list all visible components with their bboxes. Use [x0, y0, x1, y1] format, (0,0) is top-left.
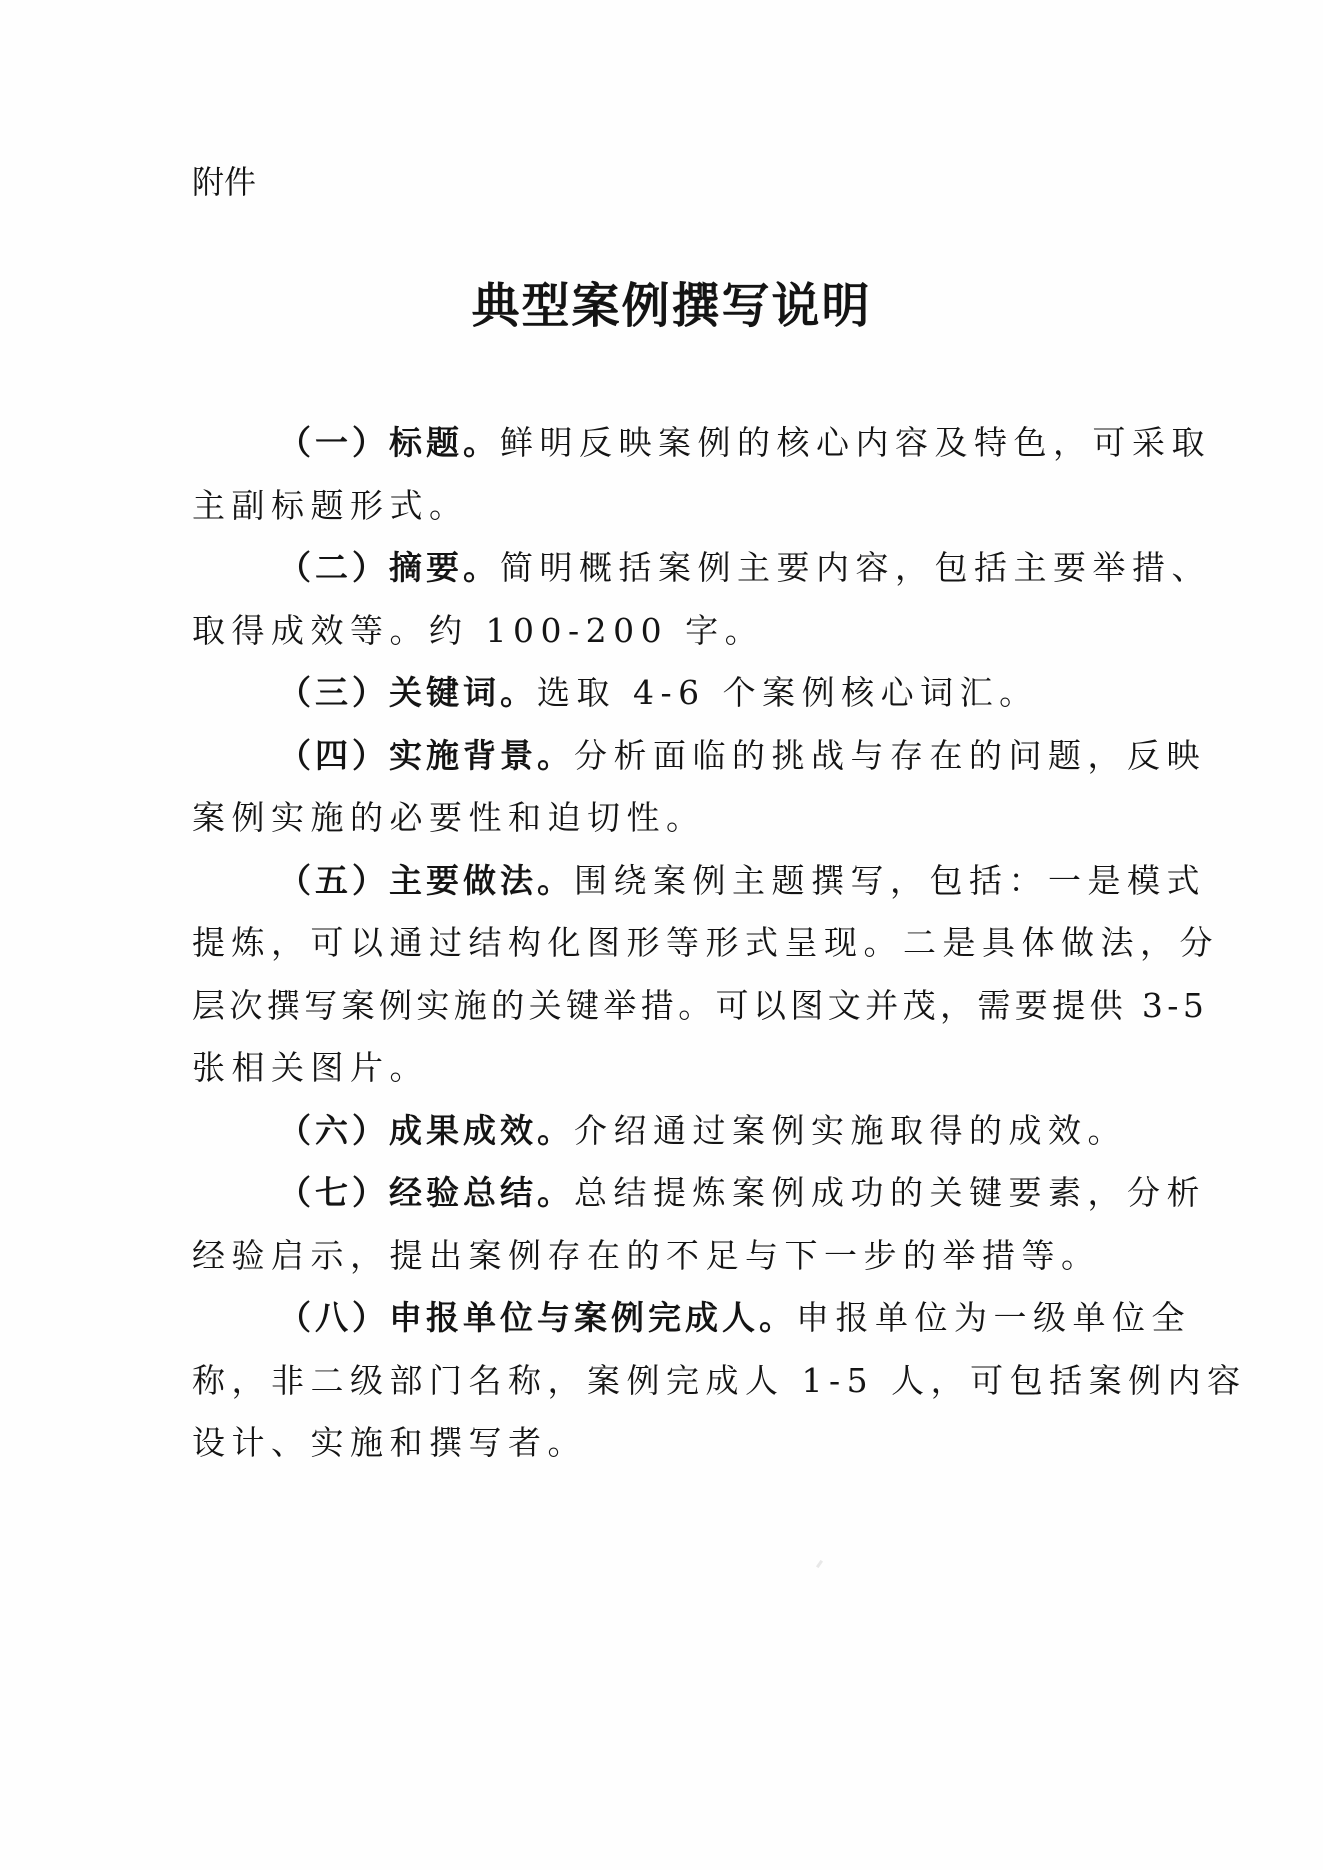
section-text: 总结提炼案例成功的关键要素，分析 — [574, 1173, 1206, 1212]
section-text: 选取 4-6 个案例核心词汇。 — [537, 673, 1039, 712]
section-line: （八）申报单位与案例完成人。申报单位为一级单位全 — [192, 1287, 1132, 1350]
section-line: （三）关键词。选取 4-6 个案例核心词汇。 — [192, 662, 1132, 725]
section-background: （四）实施背景。分析面临的挑战与存在的问题，反映 案例实施的必要性和迫切性。 — [192, 725, 1132, 850]
section-line: 张相关图片。 — [192, 1037, 1132, 1100]
section-line: 设计、实施和撰写者。 — [192, 1412, 1132, 1475]
section-heading: 摘要。 — [389, 548, 500, 587]
section-marker: （七） — [278, 1173, 389, 1212]
section-line: 案例实施的必要性和迫切性。 — [192, 787, 1132, 850]
section-marker: （八） — [278, 1298, 389, 1337]
scan-artifact — [816, 1560, 823, 1568]
section-line: （二）摘要。简明概括案例主要内容，包括主要举措、 — [192, 537, 1132, 600]
section-summary: （七）经验总结。总结提炼案例成功的关键要素，分析 经验启示，提出案例存在的不足与… — [192, 1162, 1132, 1287]
section-heading: 关键词。 — [389, 673, 537, 712]
section-line: 提炼，可以通过结构化图形等形式呈现。二是具体做法，分 — [192, 912, 1132, 975]
section-abstract: （二）摘要。简明概括案例主要内容，包括主要举措、 取得成效等。约 100-200… — [192, 537, 1132, 662]
section-text: 申报单位为一级单位全 — [796, 1298, 1191, 1337]
section-heading: 主要做法。 — [389, 861, 574, 900]
section-text: 简明概括案例主要内容，包括主要举措、 — [500, 548, 1211, 587]
section-text: 分析面临的挑战与存在的问题，反映 — [574, 736, 1206, 775]
section-line: （七）经验总结。总结提炼案例成功的关键要素，分析 — [192, 1162, 1132, 1225]
section-marker: （六） — [278, 1111, 389, 1150]
document-page: 附件 典型案例撰写说明 （一）标题。鲜明反映案例的核心内容及特色，可采取 主副标… — [0, 0, 1323, 1870]
section-heading: 标题。 — [389, 423, 500, 462]
section-text: 围绕案例主题撰写，包括：一是模式 — [574, 861, 1206, 900]
section-heading: 实施背景。 — [389, 736, 574, 775]
document-title: 典型案例撰写说明 — [0, 276, 1323, 336]
section-title: （一）标题。鲜明反映案例的核心内容及特色，可采取 主副标题形式。 — [192, 412, 1132, 537]
section-marker: （四） — [278, 736, 389, 775]
section-line: 层次撰写案例实施的关键举措。可以图文并茂，需要提供 3-5 — [192, 975, 1132, 1038]
section-heading: 申报单位与案例完成人。 — [389, 1298, 796, 1337]
section-heading: 成果成效。 — [389, 1111, 574, 1150]
section-heading: 经验总结。 — [389, 1173, 574, 1212]
section-marker: （三） — [278, 673, 389, 712]
section-line: 取得成效等。约 100-200 字。 — [192, 600, 1132, 663]
section-applicant: （八）申报单位与案例完成人。申报单位为一级单位全 称，非二级部门名称，案例完成人… — [192, 1287, 1132, 1475]
attachment-label: 附件 — [192, 162, 256, 202]
section-line: 经验启示，提出案例存在的不足与下一步的举措等。 — [192, 1225, 1132, 1288]
section-line: （一）标题。鲜明反映案例的核心内容及特色，可采取 — [192, 412, 1132, 475]
section-practices: （五）主要做法。围绕案例主题撰写，包括：一是模式 提炼，可以通过结构化图形等形式… — [192, 850, 1132, 1100]
section-line: 主副标题形式。 — [192, 475, 1132, 538]
section-line: 称，非二级部门名称，案例完成人 1-5 人，可包括案例内容 — [192, 1350, 1132, 1413]
section-marker: （一） — [278, 423, 389, 462]
section-text: 介绍通过案例实施取得的成效。 — [574, 1111, 1127, 1150]
section-marker: （二） — [278, 548, 389, 587]
section-line: （五）主要做法。围绕案例主题撰写，包括：一是模式 — [192, 850, 1132, 913]
section-line: （六）成果成效。介绍通过案例实施取得的成效。 — [192, 1100, 1132, 1163]
section-keywords: （三）关键词。选取 4-6 个案例核心词汇。 — [192, 662, 1132, 725]
section-results: （六）成果成效。介绍通过案例实施取得的成效。 — [192, 1100, 1132, 1163]
section-line: （四）实施背景。分析面临的挑战与存在的问题，反映 — [192, 725, 1132, 788]
document-body: （一）标题。鲜明反映案例的核心内容及特色，可采取 主副标题形式。 （二）摘要。简… — [192, 412, 1132, 1475]
section-text: 鲜明反映案例的核心内容及特色，可采取 — [500, 423, 1211, 462]
section-marker: （五） — [278, 861, 389, 900]
